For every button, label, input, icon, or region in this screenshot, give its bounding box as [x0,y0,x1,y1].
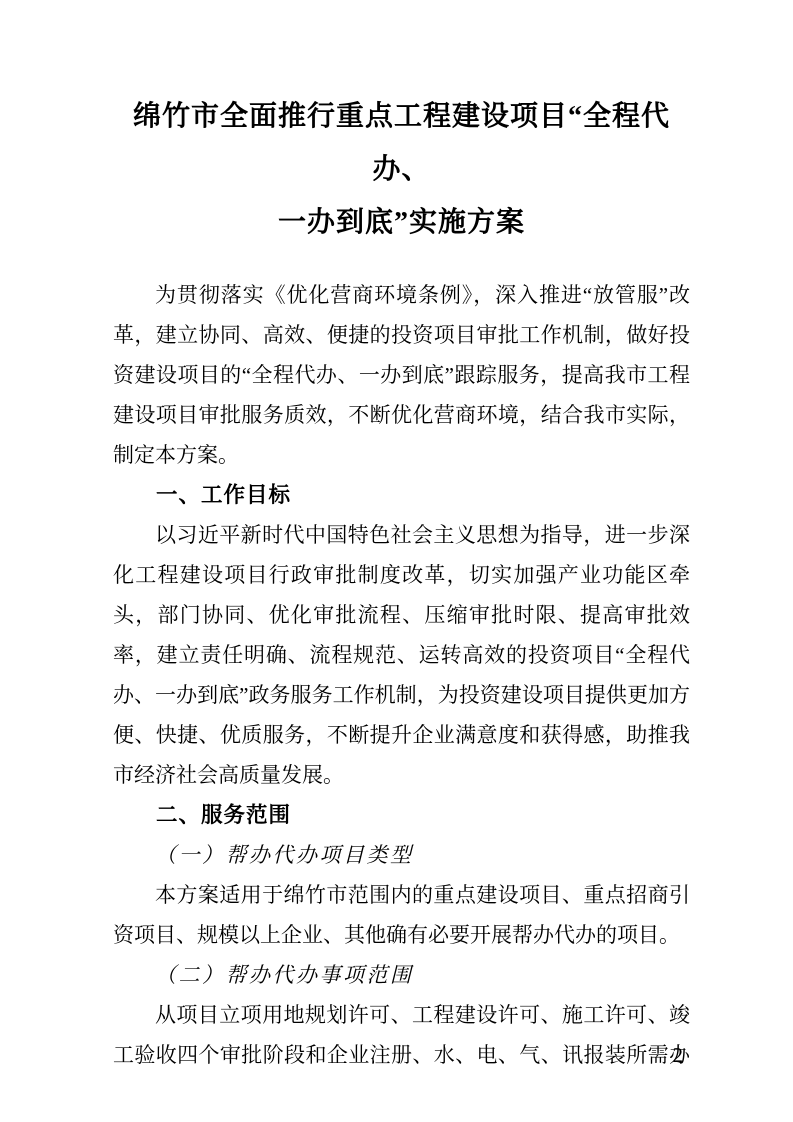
heading-work-goal: 一、工作目标 [113,475,690,515]
document-title-line-1: 绵竹市全面推行重点工程建设项目“全程代办、 [113,90,690,196]
paragraph-project-types: 本方案适用于绵竹市范围内的重点建设项目、重点招商引资项目、规模以上企业、其他确有… [113,875,690,955]
paragraph-intro: 为贯彻落实《优化营商环境条例》，深入推进“放管服”改革，建立协同、高效、便捷的投… [113,275,690,475]
subheading-service-items: （二）帮办代办事项范围 [113,955,690,995]
document-content: 绵竹市全面推行重点工程建设项目“全程代办、 一办到底”实施方案 为贯彻落实《优化… [113,0,690,1075]
paragraph-work-goal: 以习近平新时代中国特色社会主义思想为指导，进一步深化工程建设项目行政审批制度改革… [113,515,690,795]
subheading-project-types: （一）帮办代办项目类型 [113,835,690,875]
document-body: 为贯彻落实《优化营商环境条例》，深入推进“放管服”改革，建立协同、高效、便捷的投… [113,275,690,1075]
paragraph-service-items: 从项目立项用地规划许可、工程建设许可、施工许可、竣工验收四个审批阶段和企业注册、… [113,995,690,1075]
page-number: 2 [673,1040,684,1070]
document-title-line-2: 一办到底”实施方案 [113,196,690,249]
document-page: 绵竹市全面推行重点工程建设项目“全程代办、 一办到底”实施方案 为贯彻落实《优化… [0,0,793,1122]
document-title: 绵竹市全面推行重点工程建设项目“全程代办、 一办到底”实施方案 [113,0,690,249]
heading-service-scope: 二、服务范围 [113,795,690,835]
